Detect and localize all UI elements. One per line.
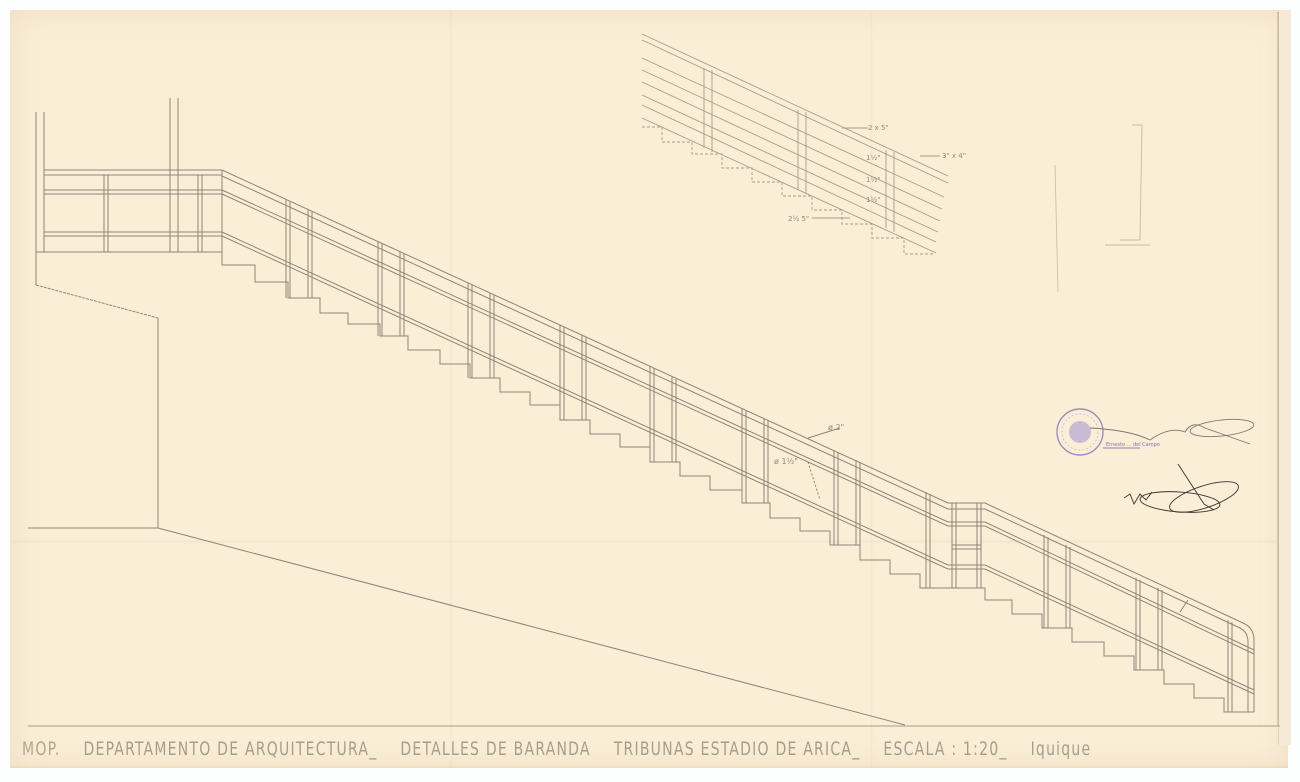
detail-label-b: 1½" xyxy=(866,176,880,184)
detail-label-a: 1½" xyxy=(866,154,880,162)
detail-label-left: 2½ 5" xyxy=(788,215,809,223)
official-stamp: Ernesto ... del Campo xyxy=(1057,409,1160,455)
detail-label-top: 2 x 5" xyxy=(868,124,889,132)
title-department: DEPARTAMENTO DE ARQUITECTURA_ xyxy=(83,738,377,760)
mid-rail-label: ø 1½" xyxy=(774,457,798,466)
detail-label-right: 3" x 4" xyxy=(942,152,966,160)
title-scale: ESCALA : 1:20_ xyxy=(883,738,1007,760)
title-block: MOP. DEPARTAMENTO DE ARQUITECTURA_ DETAL… xyxy=(22,734,1057,764)
railing-elevation-drawing: 2 x 5" 3" x 4" 2½ 5" 1½" 1½" 1½" ø 2" ø … xyxy=(0,0,1300,782)
detail-label-c: 1½" xyxy=(866,196,880,204)
title-project: TRIBUNAS ESTADIO DE ARICA_ xyxy=(614,738,861,760)
signatures xyxy=(1090,417,1255,519)
title-subject: DETALLES DE BARANDA xyxy=(400,738,590,760)
stamp-caption: Ernesto ... del Campo xyxy=(1106,442,1160,448)
title-prefix: MOP. xyxy=(22,738,61,760)
title-location: Iquique xyxy=(1031,738,1092,760)
main-rail-label: ø 2" xyxy=(828,423,844,432)
